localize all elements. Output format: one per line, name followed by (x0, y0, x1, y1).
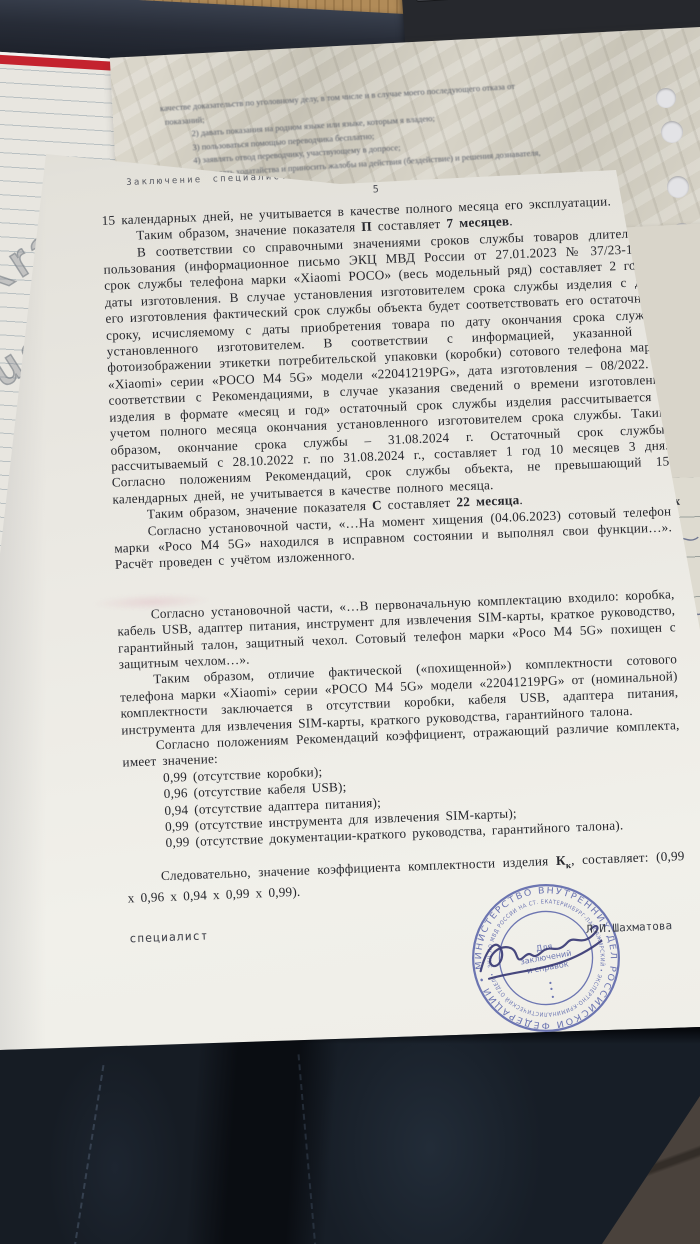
jeans-seam (298, 1054, 317, 1244)
doc-text: Таким образом, отличие фактической («пох… (120, 652, 679, 738)
stamp-outer-circle (462, 874, 631, 1043)
doc-paragraph: Согласно установочной части, «…На момент… (113, 503, 672, 574)
punch-hole (661, 121, 683, 143)
signer-name: Л.И.Шахматова (586, 919, 673, 936)
doc-text: . (509, 213, 513, 228)
stamp-outer-ring-text: МИНИСТЕРСТВО ВНУТРЕННИХ ДЕЛ РОССИЙСКОЙ Ф… (463, 875, 630, 1043)
stamp-dot (550, 988, 553, 991)
jeans-lap (0, 1018, 700, 1244)
stamp-inner-circle (492, 904, 600, 1012)
doc-text-bold: к (566, 860, 572, 870)
doc-text-bold: К (556, 852, 566, 867)
floor (602, 1096, 700, 1244)
doc-paragraph: 15 календарных дней, не учитывается в ка… (101, 191, 659, 229)
doc-text: 15 календарных дней, не учитывается в ка… (101, 193, 611, 228)
keyboard-keys-row (415, 0, 664, 1)
doc-paragraph: Согласно установочной части, «…В первона… (117, 586, 677, 673)
coefficient-list-item: 0,99 (отсутствие инструмента для извлече… (125, 799, 683, 837)
doc-text: В соответствии со справочными значениями… (103, 224, 669, 506)
doc-text-bold: С (372, 498, 382, 513)
document-body: 15 календарных дней, не учитывается в ка… (101, 191, 685, 906)
doc-paragraph: В соответствии со справочными значениями… (103, 224, 671, 508)
doc-text: составляет (381, 495, 456, 513)
photo-scene: Krause Erich Krause качестве доказательс… (0, 0, 700, 1244)
coefficient-list-item: 0,99 (отсутствие коробки); (123, 750, 681, 788)
doc-paragraph: Согласно положениям Рекомендаций коэффиц… (122, 717, 681, 771)
stamp-inner-ring-text: ЭКЦ ЛО МВД РОССИИ НА СТ. ЕКАТЕРИНБУРГ-ПА… (478, 890, 614, 1026)
coefficient-list-item: 0,94 (отсутствие адаптера питания); (124, 783, 682, 821)
doc-paragraph: Таким образом, значение показателя С сос… (113, 486, 671, 524)
doc-text: Согласно установочной части, «…В первона… (117, 586, 676, 672)
doc-paragraph: Следовательно, значение коэффициента ком… (127, 848, 686, 907)
doc-text: Согласно положениям Рекомендаций коэффиц… (122, 717, 680, 770)
doc-text: . (519, 492, 523, 507)
doc-text: Согласно установочной части, «…На момент… (114, 503, 672, 572)
signature-ink (468, 914, 614, 999)
official-stamp: МИНИСТЕРСТВО ВНУТРЕННИХ ДЕЛ РОССИЙСКОЙ Ф… (446, 858, 645, 1057)
doc-text-bold: П (361, 219, 372, 234)
doc-text: 0,99 (отсутствие коробки); (163, 764, 323, 785)
doc-text: 0,96 (отсутствие кабеля USB); (163, 779, 346, 801)
doc-text: 0,94 (отсутствие адаптера питания); (164, 794, 381, 817)
signer-role: специалист (129, 909, 687, 947)
stamp-dot (549, 982, 552, 985)
doc-text: 0,99 (отсутствие документации-краткого р… (165, 818, 623, 851)
coefficient-list-item: 0,96 (отсутствие кабеля USB); (124, 766, 682, 804)
document-text: Заключение специалиста № 74 от 12.09.202… (100, 155, 687, 948)
doc-text-bold: 7 месяцев (446, 214, 509, 231)
doc-text-bold: 22 месяца (456, 492, 519, 509)
stamp-dot (552, 996, 555, 999)
doc-text: 0,99 (отсутствие инструмента для извлече… (165, 806, 517, 835)
punch-hole (656, 88, 676, 108)
keyboard-key (415, 0, 472, 1)
stamp-center-text-1: Для (535, 941, 553, 954)
doc-paragraph: Таким образом, значение показателя П сос… (102, 208, 660, 246)
stamp-center-text-2: заключений (520, 948, 573, 967)
coefficient-list-item: 0,99 (отсутствие документации-краткого р… (125, 816, 683, 854)
doc-text: Таким образом, значение показателя (136, 219, 362, 243)
doc-text: Следовательно, значение коэффициента ком… (161, 853, 557, 883)
ink-bleed-smudge (92, 592, 212, 612)
doc-text: составляет (372, 216, 447, 234)
punch-hole (667, 176, 689, 198)
doc-paragraph: Таким образом, отличие фактической («пох… (119, 652, 679, 739)
jeans-seam (74, 1065, 105, 1244)
doc-text: Таким образом, значение показателя (147, 498, 373, 522)
stamp-center-text-3: и справок (526, 958, 569, 975)
doc-text: , составляет: (0,99 х 0,96 х 0,94 х 0,99… (127, 848, 684, 905)
